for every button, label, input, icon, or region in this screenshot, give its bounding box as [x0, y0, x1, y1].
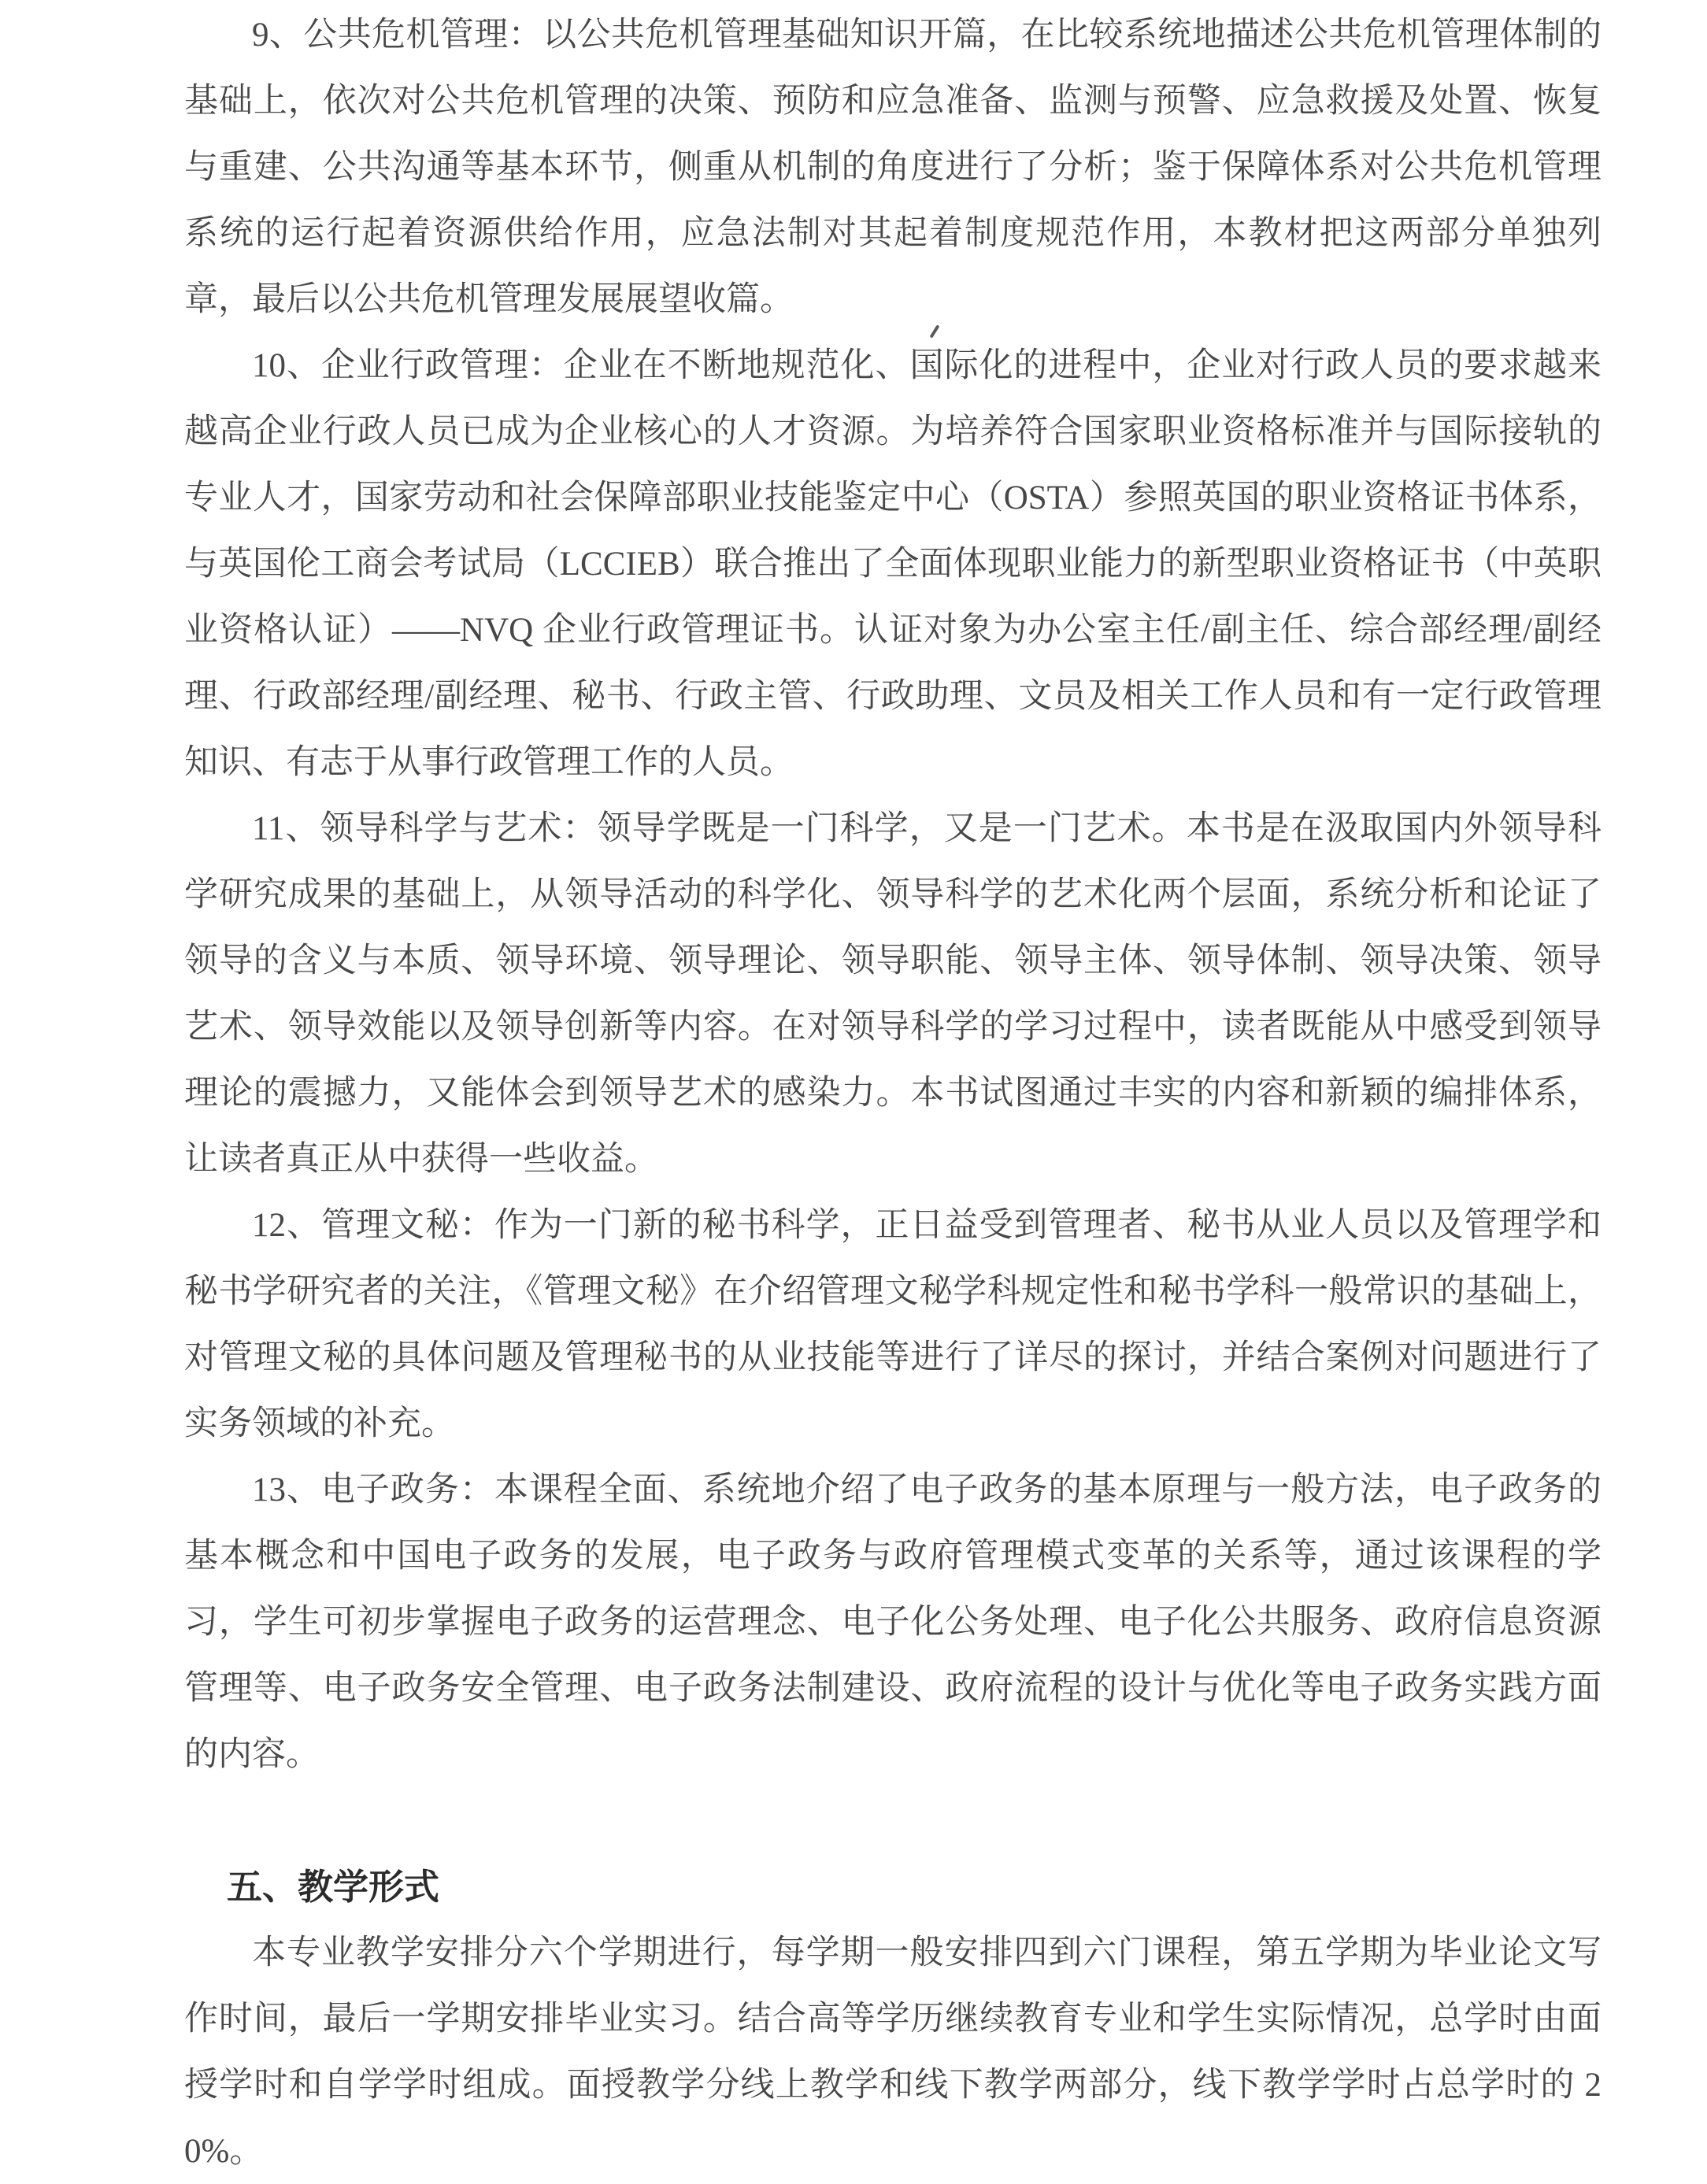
course-description-13-paragraph: 13、电子政务：本课程全面、系统地介绍了电子政务的基本原理与一般方法，电子政务的… [184, 1457, 1601, 1788]
course-description-11-paragraph: 11、领导科学与艺术：领导学既是一门科学，又是一门艺术。本书是在汲取国内外领导科… [184, 796, 1601, 1193]
course-description-10-paragraph: 10、企业行政管理：企业在不断地规范化、国际化的进程中，企业对行政人员的要求越来… [184, 333, 1601, 796]
section-heading-teaching-format: 五、教学形式 [184, 1854, 1601, 1920]
teaching-format-paragraph: 本专业教学安排分六个学期进行，每学期一般安排四到六门课程，第五学期为毕业论文写作… [184, 1920, 1601, 2184]
scanned-document-page: 9、公共危机管理：以公共危机管理基础知识开篇，在比较系统地描述公共危机管理体制的… [0, 0, 1707, 2184]
course-description-9-paragraph: 9、公共危机管理：以公共危机管理基础知识开篇，在比较系统地描述公共危机管理体制的… [184, 2, 1601, 333]
text-block: 9、公共危机管理：以公共危机管理基础知识开篇，在比较系统地描述公共危机管理体制的… [184, 2, 1601, 2184]
course-description-12-paragraph: 12、管理文秘：作为一门新的秘书科学，正日益受到管理者、秘书从业人员以及管理学和… [184, 1193, 1601, 1457]
